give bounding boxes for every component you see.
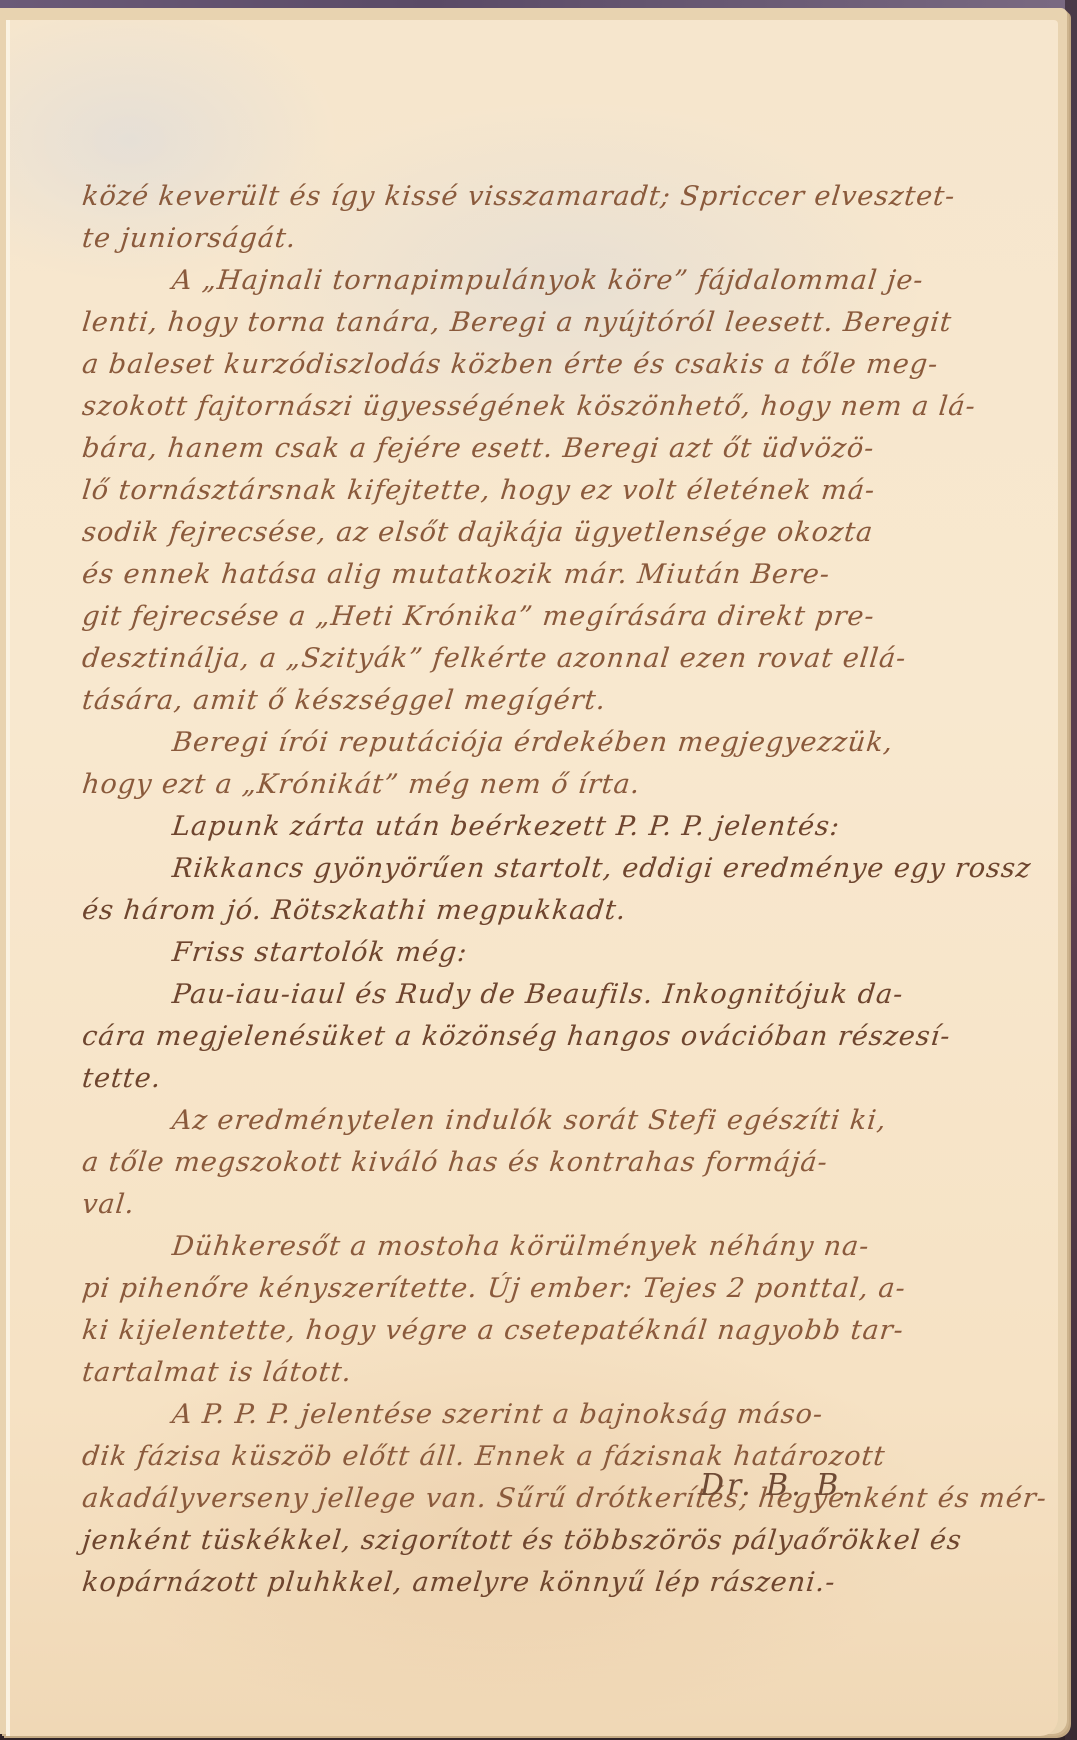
- text-line: te juniorságát.: [80, 218, 984, 260]
- text-line: lő tornásztársnak kifejtette, hogy ez vo…: [80, 470, 984, 512]
- text-line: Beregi írói reputációja érdekében megjeg…: [80, 722, 984, 764]
- text-line: Lapunk zárta után beérkezett P. P. P. je…: [80, 806, 984, 848]
- text-line: és három jó. Rötszkathi megpukkadt.: [80, 890, 984, 932]
- manuscript-page: közé keverült és így kissé visszamaradt;…: [6, 20, 1058, 1736]
- text-line: git fejrecsése a „Heti Krónika” megírásá…: [80, 596, 984, 638]
- text-line: tette.: [80, 1058, 984, 1100]
- text-line: és ennek hatása alig mutatkozik már. Miu…: [80, 554, 984, 596]
- text-line: tartalmat is látott.: [80, 1352, 984, 1394]
- text-line: cára megjelenésüket a közönség hangos ov…: [80, 1016, 984, 1058]
- text-line: Pau-iau-iaul és Rudy de Beaufils. Inkogn…: [80, 974, 984, 1016]
- text-line: bára, hanem csak a fejére esett. Beregi …: [80, 428, 984, 470]
- text-line: tására, amit ő készséggel megígért.: [80, 680, 984, 722]
- text-line: A „Hajnali tornapimpulányok köre” fájdal…: [80, 260, 984, 302]
- text-line: közé keverült és így kissé visszamaradt;…: [80, 176, 984, 218]
- text-line: ki kijelentette, hogy végre a csetepaték…: [80, 1310, 984, 1352]
- scanned-manuscript: közé keverült és így kissé visszamaradt;…: [0, 0, 1077, 1740]
- text-line: Rikkancs gyönyörűen startolt, eddigi ere…: [80, 848, 984, 890]
- text-line: val.: [80, 1184, 984, 1226]
- text-line: Az eredménytelen indulók sorát Stefi egé…: [80, 1100, 984, 1142]
- text-line: a tőle megszokott kiváló has és kontraha…: [80, 1142, 984, 1184]
- text-line: hogy ezt a „Krónikát” még nem ő írta.: [80, 764, 984, 806]
- text-line: Dühkeresőt a mostoha körülmények néhány …: [80, 1226, 984, 1268]
- text-line: jenként tüskékkel, szigorított és többsz…: [80, 1520, 984, 1562]
- signature: Dr. B. B.: [700, 1468, 854, 1503]
- page-stack-edges: közé keverült és így kissé visszamaradt;…: [0, 8, 1067, 1734]
- text-line: sodik fejrecsése, az elsőt dajkája ügyet…: [80, 512, 984, 554]
- text-line: szokott fajtornászi ügyességének köszönh…: [80, 386, 984, 428]
- handwritten-text-block: közé keverült és így kissé visszamaradt;…: [80, 176, 980, 1604]
- text-line: desztinálja, a „Szityák” felkérte azonna…: [80, 638, 984, 680]
- text-line: kopárnázott pluhkkel, amelyre könnyű lép…: [80, 1562, 984, 1604]
- text-line: Friss startolók még:: [80, 932, 984, 974]
- text-line: A P. P. P. jelentése szerint a bajnokság…: [80, 1394, 984, 1436]
- text-line: a baleset kurzódiszlodás közben érte és …: [80, 344, 984, 386]
- text-line: pi pihenőre kényszerítette. Új ember: Te…: [80, 1268, 984, 1310]
- text-line: lenti, hogy torna tanára, Beregi a nyújt…: [80, 302, 984, 344]
